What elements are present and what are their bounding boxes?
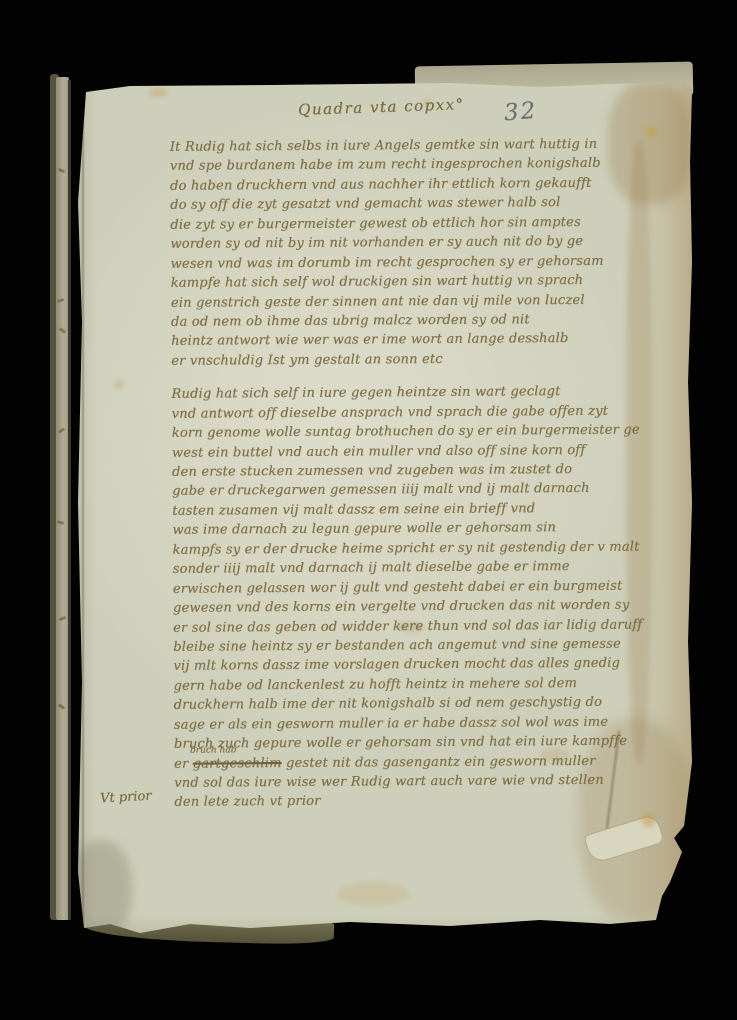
manuscript-page: Quadra vta copxx° 32 It Rudig hat sich s… [70, 82, 692, 938]
manuscript-line: er vnschuldig Ist ym gestalt an sonn etc [171, 348, 673, 371]
ink-showthrough-mark [59, 327, 66, 334]
text-block: It Rudig hat sich selbs in iure Angels g… [170, 134, 677, 812]
folio-number: 32 [503, 98, 538, 127]
page-gap-shadow [68, 80, 71, 920]
struck-word: gartgeschlim [193, 756, 282, 772]
bottom-left-corner-shadow [70, 840, 132, 938]
manuscript-line: den lete zuch vt prior [174, 790, 676, 813]
interlinear-correction: bruch hab [190, 746, 237, 755]
header-inscription: Quadra vta copxx° [298, 95, 465, 119]
stain [114, 381, 124, 389]
ink-showthrough-mark [58, 168, 66, 174]
ink-showthrough-mark [57, 520, 65, 525]
margin-note: Vt prior [100, 789, 152, 807]
gutter-crease [82, 82, 84, 938]
ink-showthrough-mark [58, 427, 66, 433]
ink-showthrough-mark [58, 703, 65, 709]
line-suffix: gestet nit das gasengantz ein gesworn mu… [282, 753, 596, 770]
stain [336, 882, 410, 906]
stain [642, 814, 655, 827]
line-prefix: er [174, 756, 188, 771]
ink-showthrough-mark [57, 298, 65, 303]
ink-showthrough-mark [59, 616, 67, 621]
manuscript-photo: Quadra vta copxx° 32 It Rudig hat sich s… [0, 0, 737, 1020]
stain [148, 88, 168, 97]
